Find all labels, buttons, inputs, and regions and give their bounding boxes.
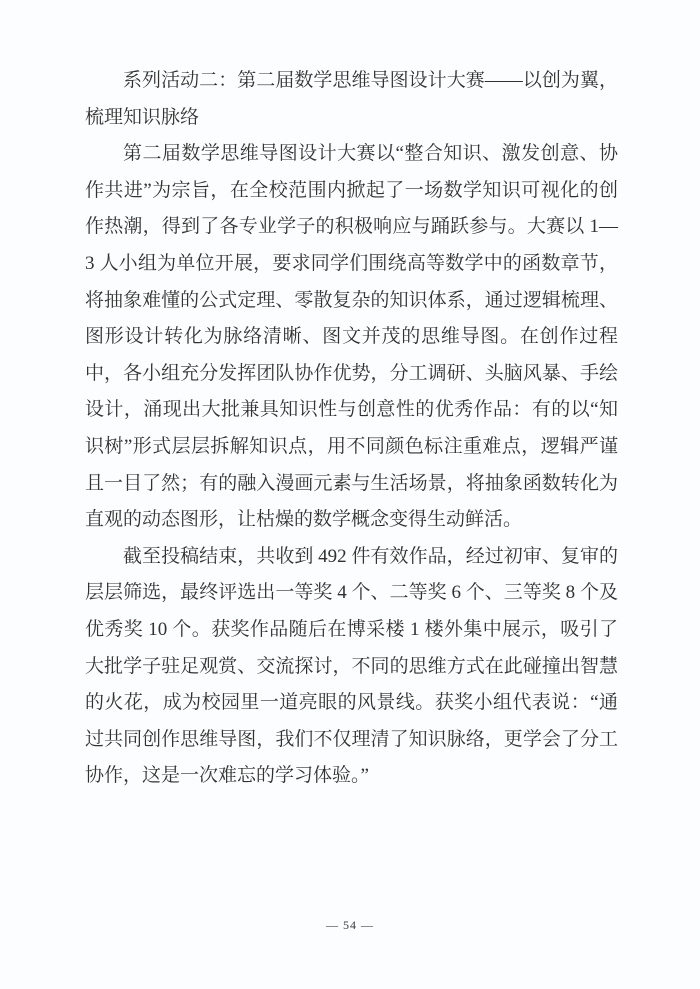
paragraph: 第二届数学思维导图设计大赛以“整合知识、激发创意、协作共进”为宗旨，在全校范围内… [85,136,618,539]
paragraph-heading: 系列活动二：第二届数学思维导图设计大赛——以创为翼，梳理知识脉络 [85,63,618,136]
document-body: 系列活动二：第二届数学思维导图设计大赛——以创为翼，梳理知识脉络 第二届数学思维… [85,63,618,795]
document-page: 系列活动二：第二届数学思维导图设计大赛——以创为翼，梳理知识脉络 第二届数学思维… [0,0,700,989]
page-number: — 54 — [0,918,700,933]
paragraph: 截至投稿结束，共收到 492 件有效作品，经过初审、复审的层层筛选，最终评选出一… [85,539,618,795]
